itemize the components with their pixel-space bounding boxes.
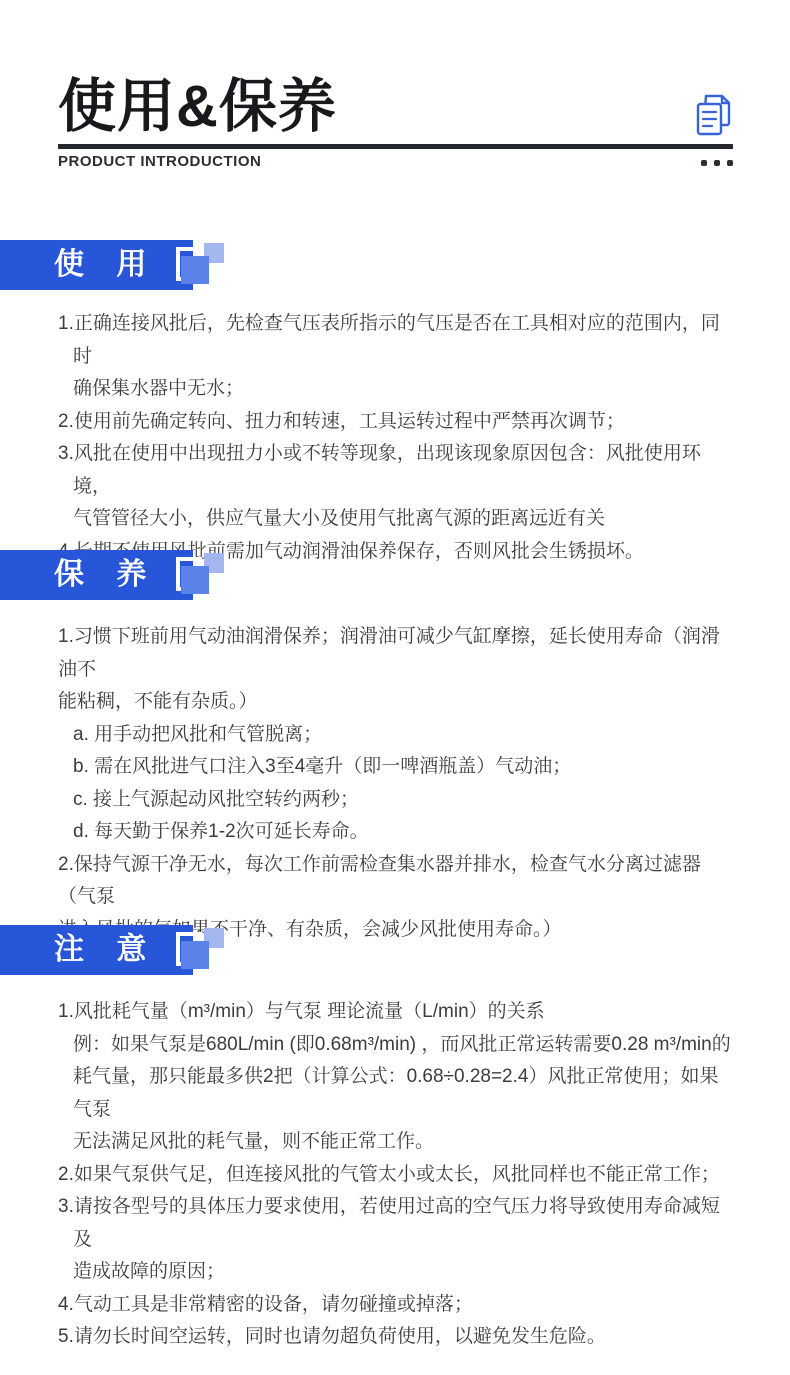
mid-square-deco <box>181 566 209 594</box>
list-subitem: c. 接上气源起动风批空转约两秒； <box>58 784 736 817</box>
list-subitem: a. 用手动把风批和气管脱离； <box>58 719 736 752</box>
page-title: 使用&保养 <box>58 72 337 142</box>
documents-copy-icon <box>694 92 734 138</box>
list-item: 1.习惯下班前用气动油润滑保养；润滑油可减少气缸摩擦，延长使用寿命（润滑油不 能… <box>58 621 736 719</box>
list-item: 4.气动工具是非常精密的设备，请勿碰撞或掉落； <box>58 1289 736 1322</box>
section-banner-notice: 注 意 <box>0 925 790 975</box>
dot <box>714 160 720 166</box>
notice-list: 1.风批耗气量（m³/min）与气泵 理论流量（L/min）的关系 例：如果气泵… <box>58 996 736 1354</box>
list-item: 3.请按各型号的具体压力要求使用，若使用过高的空气压力将导致使用寿命减短及 造成… <box>58 1191 736 1289</box>
list-subitem: d. 每天勤于保养1-2次可延长寿命。 <box>58 816 736 849</box>
mid-square-deco <box>181 256 209 284</box>
list-item: 1.风批耗气量（m³/min）与气泵 理论流量（L/min）的关系 例：如果气泵… <box>58 996 736 1159</box>
more-dots-icon <box>701 159 733 167</box>
list-item: 5.请勿长时间空运转，同时也请勿超负荷使用，以避免发生危险。 <box>58 1321 736 1354</box>
title-underline <box>58 144 733 149</box>
list-item: 2.如果气泵供气足，但连接风批的气管太小或太长，风批同样也不能正常工作； <box>58 1159 736 1192</box>
list-item: 1.正确连接风批后，先检查气压表所指示的气压是否在工具相对应的范围内，同时 确保… <box>58 308 736 406</box>
maintenance-list: 1.习惯下班前用气动油润滑保养；润滑油可减少气缸摩擦，延长使用寿命（润滑油不 能… <box>58 621 736 946</box>
usage-list: 1.正确连接风批后，先检查气压表所指示的气压是否在工具相对应的范围内，同时 确保… <box>58 308 736 568</box>
list-item: 3.风批在使用中出现扭力小或不转等现象，出现该现象原因包含：风批使用环境， 气管… <box>58 438 736 536</box>
section-heading-usage: 使 用 <box>54 240 158 290</box>
section-banner-usage: 使 用 <box>0 240 790 290</box>
dot <box>701 160 707 166</box>
list-item: 2.使用前先确定转向、扭力和转速，工具运转过程中严禁再次调节； <box>58 406 736 439</box>
manual-page: 使用&保养 PRODUCT INTRODUCTION 使 用 1.正确连接风批后… <box>0 0 790 1375</box>
page-subtitle: PRODUCT INTRODUCTION <box>58 153 261 170</box>
section-banner-maintenance: 保 养 <box>0 550 790 600</box>
dot <box>727 160 733 166</box>
mid-square-deco <box>181 941 209 969</box>
list-subitem: b. 需在风批进气口注入3至4毫升（即一啤酒瓶盖）气动油； <box>58 751 736 784</box>
section-heading-notice: 注 意 <box>54 925 158 975</box>
section-heading-maintenance: 保 养 <box>54 550 158 600</box>
